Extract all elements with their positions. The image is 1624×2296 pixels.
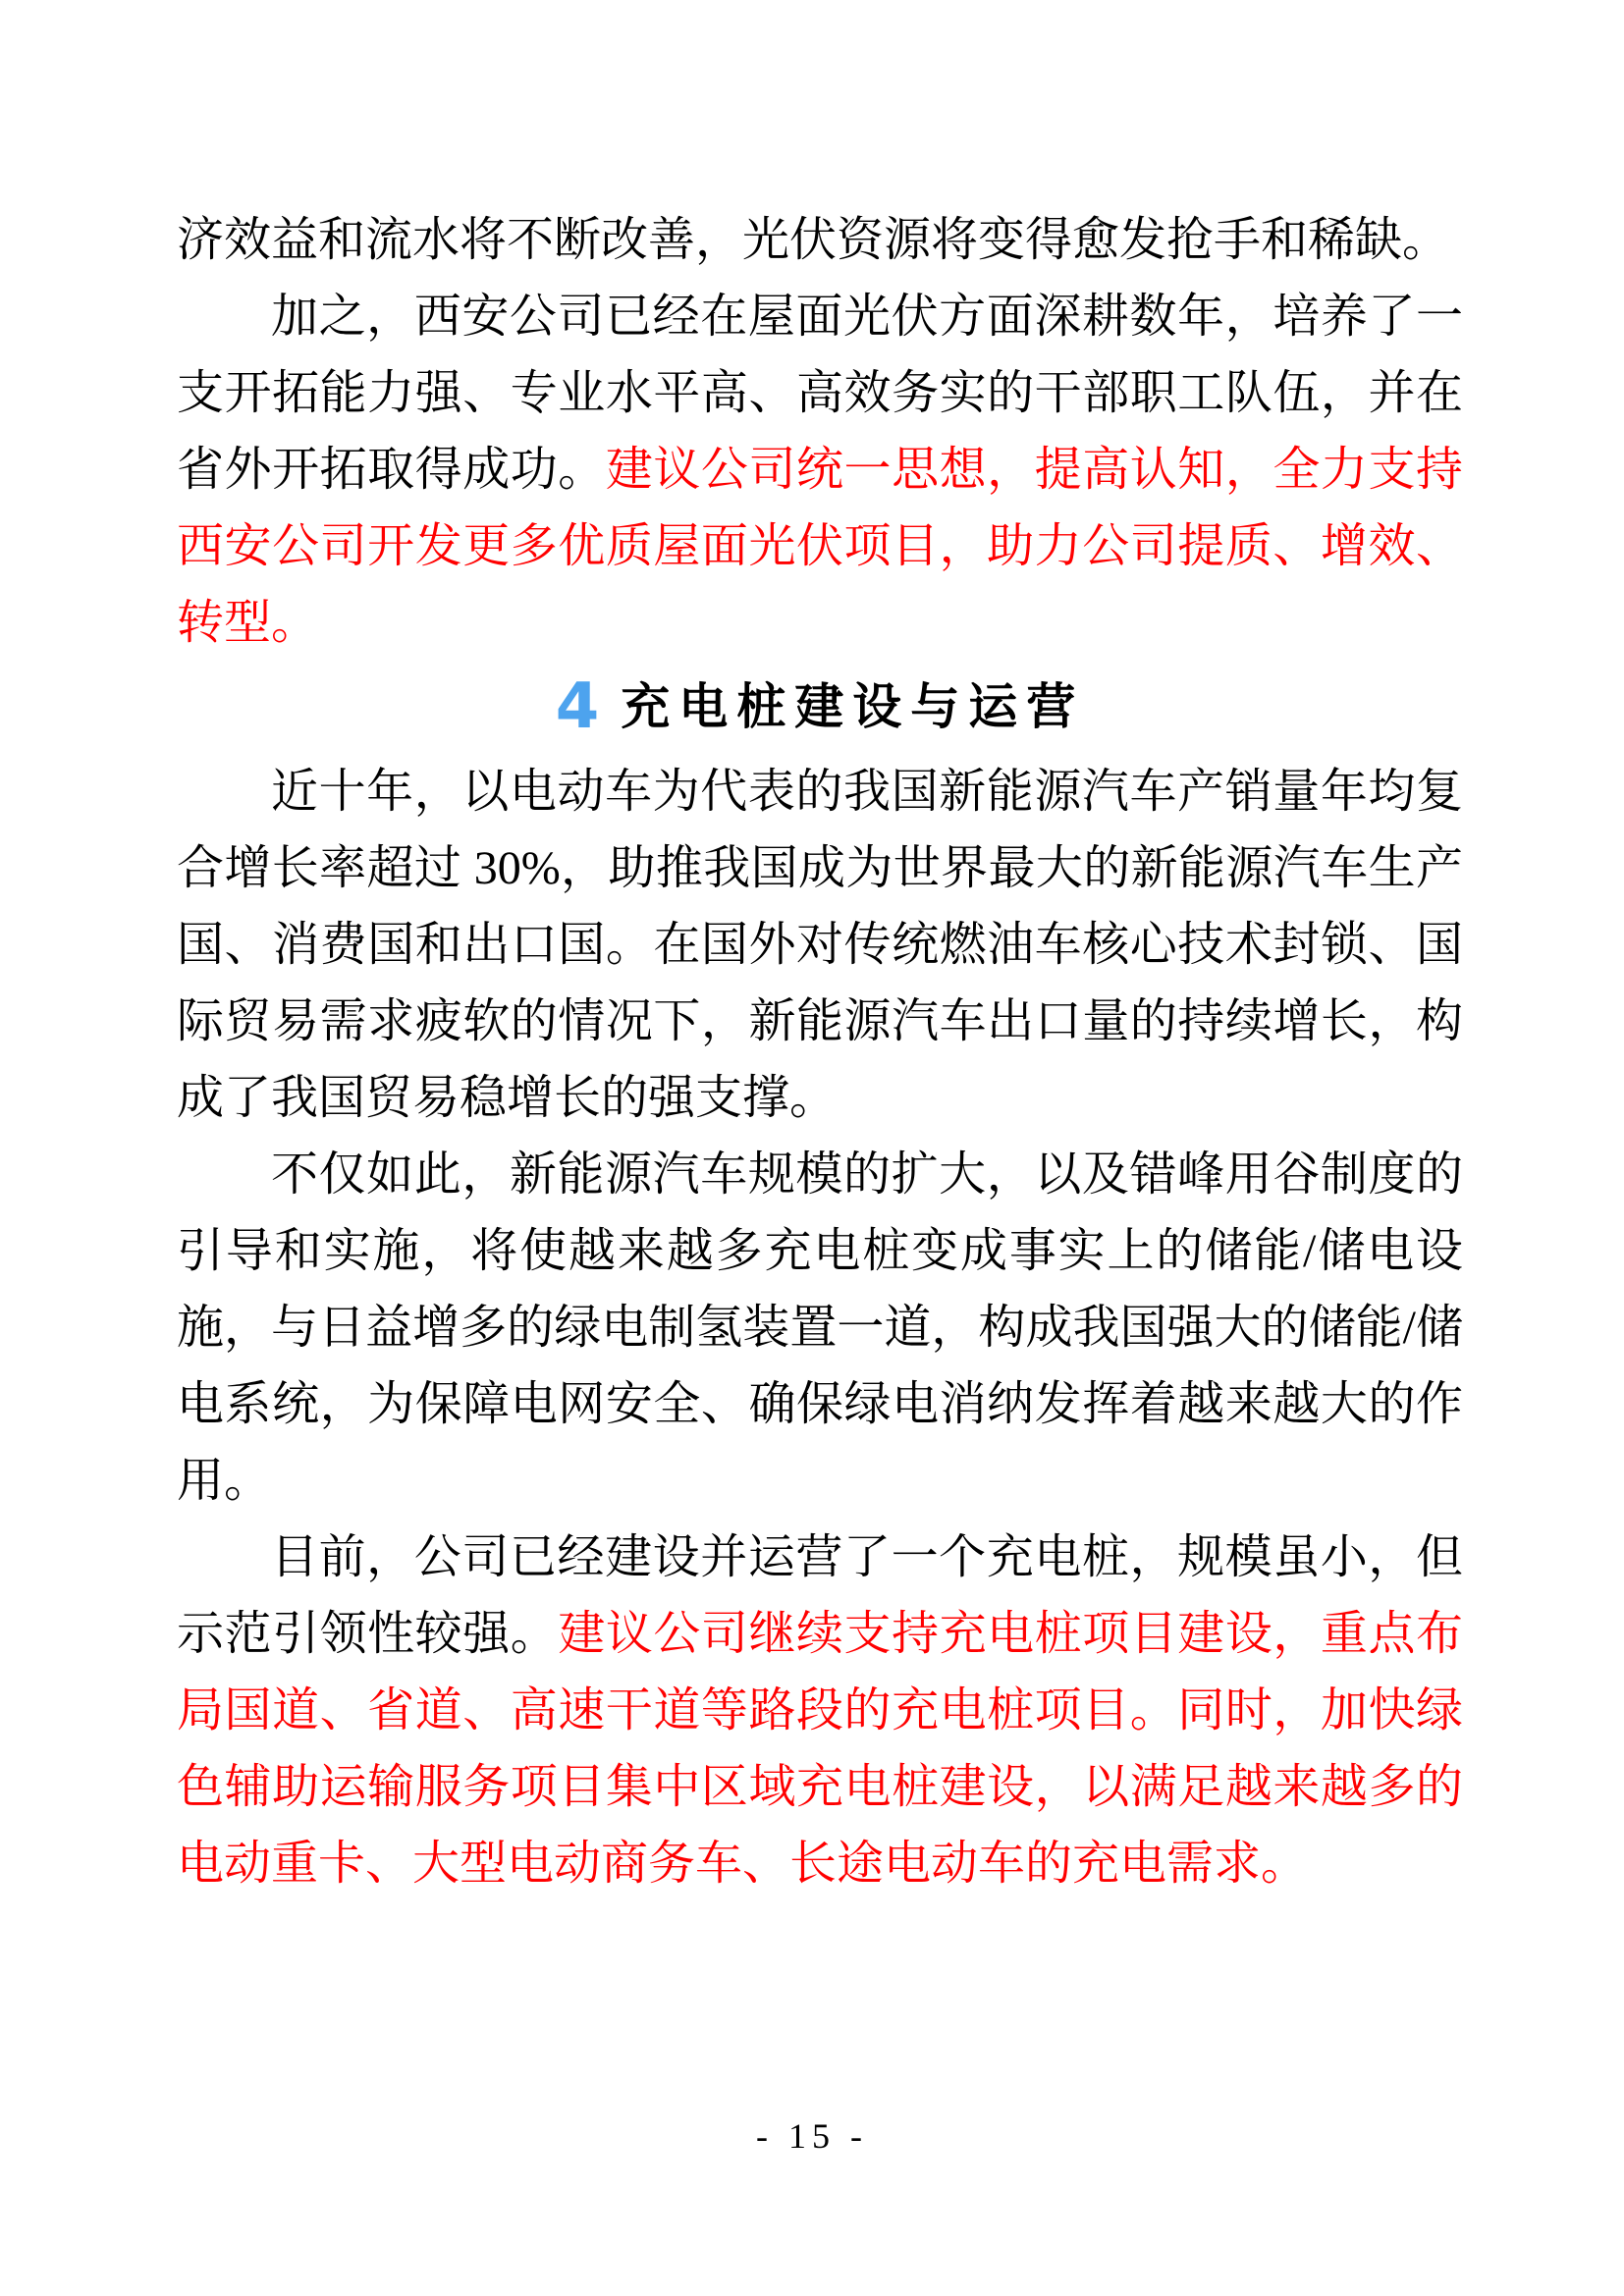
paragraph: 近十年，以电动车为代表的我国新能源汽车产销量年均复合增长率超过 30%，助推我国… — [177, 754, 1463, 1137]
text-segment-black: 不仅如此，新能源汽车规模的扩大，以及错峰用谷制度的引导和实施，将使越来越多充电桩… — [177, 1148, 1463, 1507]
document-page: 济效益和流水将不断改善，光伏资源将变得愈发抢手和稀缺。加之，西安公司已经在屋面光… — [0, 0, 1624, 2296]
paragraph: 不仅如此，新能源汽车规模的扩大，以及错峰用谷制度的引导和实施，将使越来越多充电桩… — [177, 1137, 1463, 1520]
document-content: 济效益和流水将不断改善，光伏资源将变得愈发抢手和稀缺。加之，西安公司已经在屋面光… — [177, 202, 1463, 1902]
page-number: - 15 - — [0, 2116, 1624, 2156]
text-segment-black: 近十年，以电动车为代表的我国新能源汽车产销量年均复合增长率超过 30%，助推我国… — [177, 766, 1463, 1124]
text-segment-black: 济效益和流水将不断改善，光伏资源将变得愈发抢手和稀缺。 — [177, 214, 1449, 266]
section-heading: 4充电桩建设与运营 — [177, 666, 1463, 748]
heading-number: 4 — [556, 670, 600, 743]
heading-title: 充电桩建设与运营 — [621, 679, 1084, 734]
paragraph: 加之，西安公司已经在屋面光伏方面深耕数年，培养了一支开拓能力强、专业水平高、高效… — [177, 279, 1463, 662]
paragraph: 目前，公司已经建设并运营了一个充电桩，规模虽小，但示范引领性较强。建议公司继续支… — [177, 1520, 1463, 1902]
paragraph: 济效益和流水将不断改善，光伏资源将变得愈发抢手和稀缺。 — [177, 202, 1463, 279]
